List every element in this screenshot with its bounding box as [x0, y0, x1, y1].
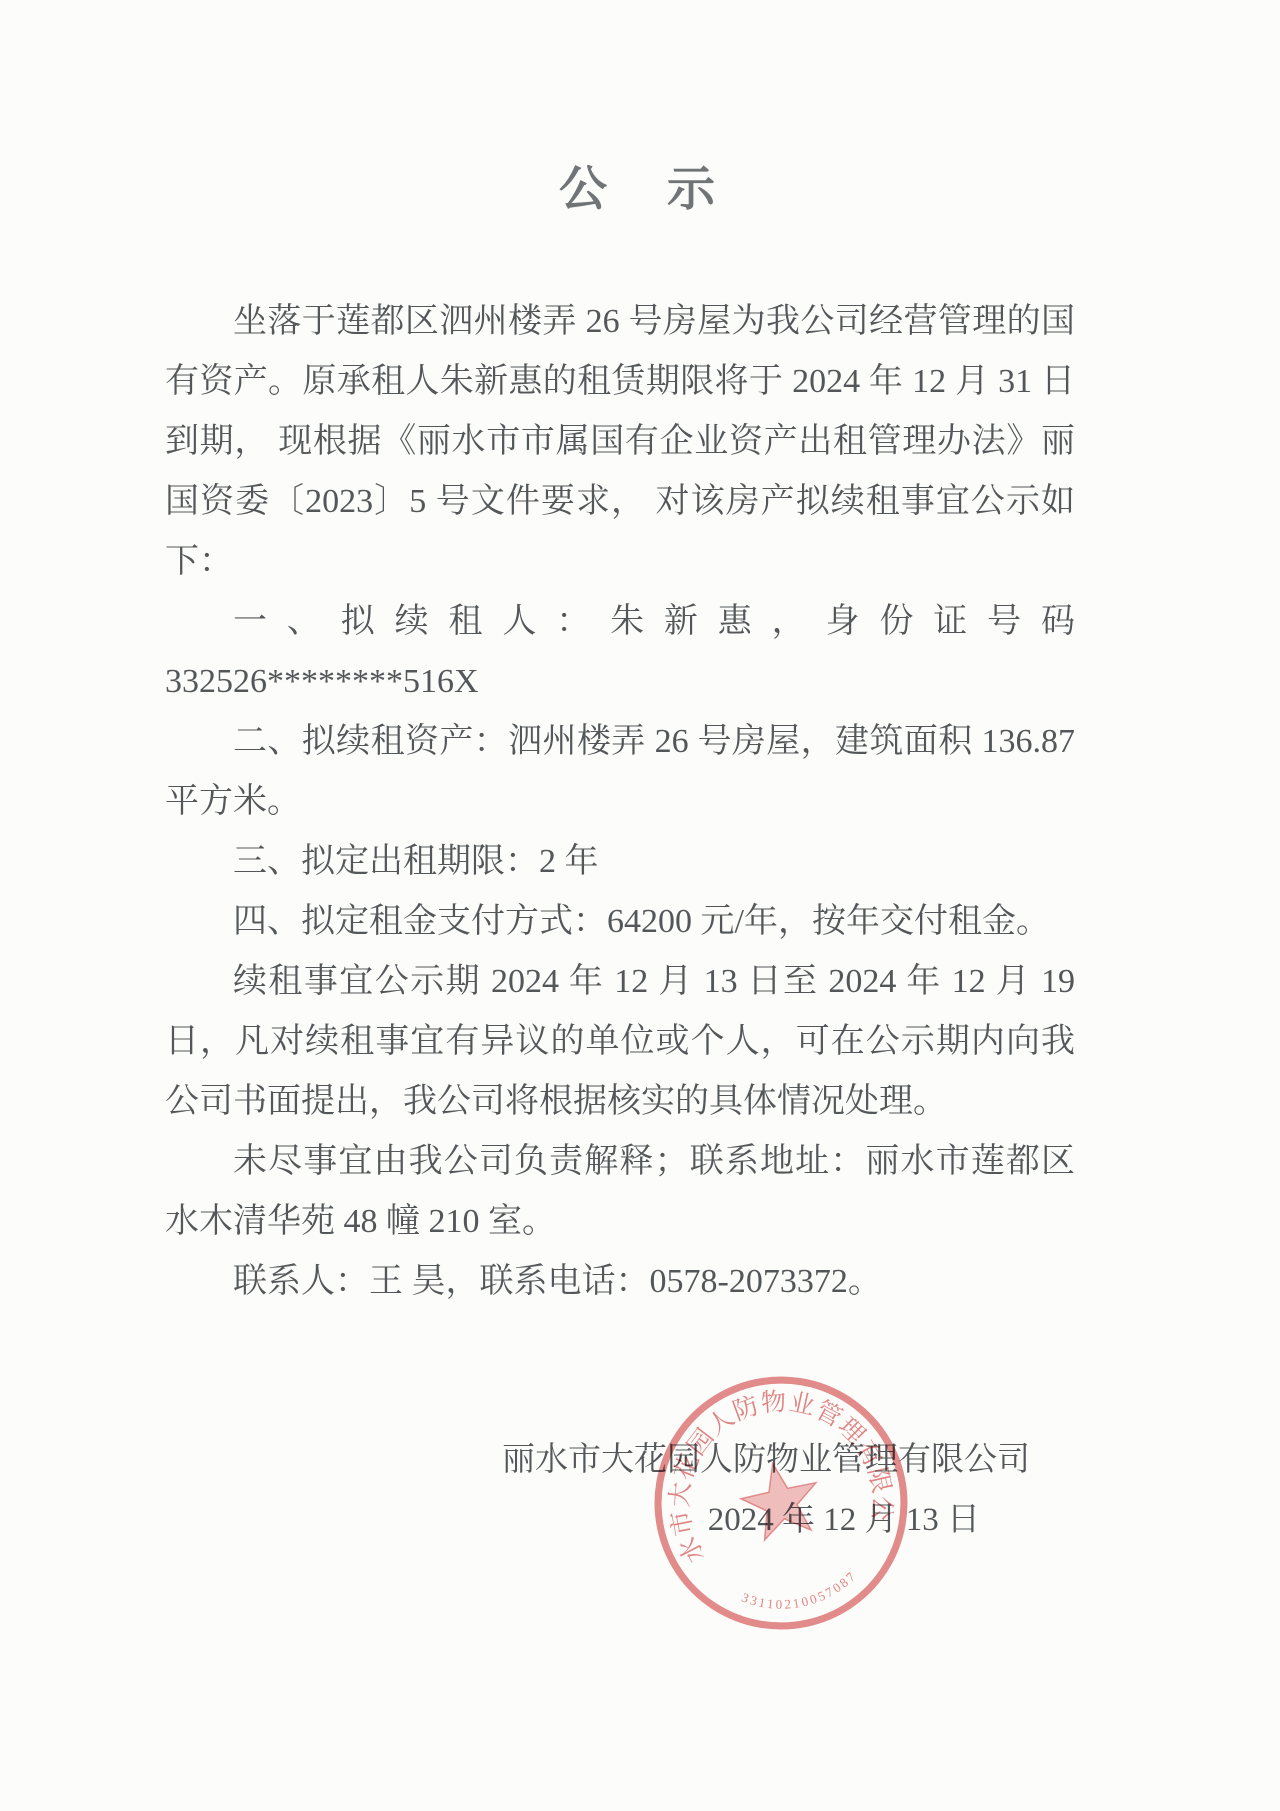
paragraph: 未尽事宜由我公司负责解释；联系地址：丽水市莲都区水木清华苑 48 幢 210 室…	[165, 1132, 1075, 1252]
signature-company: 丽水市大花园人防物业管理有限公司	[165, 1430, 1075, 1490]
paragraph: 四、拟定租金支付方式：64200 元/年，按年交付租金。	[165, 892, 1075, 952]
paragraph: 坐落于莲都区泗州楼弄 26 号房屋为我公司经营管理的国有资产。原承租人朱新惠的租…	[165, 292, 1075, 592]
paragraph: 联系人：王 昊，联系电话：0578-2073372。	[165, 1252, 1075, 1312]
signature-date: 2024 年 12 月 13 日	[165, 1490, 1075, 1550]
paragraph: 一、拟续租人：朱新惠，身份证号码 332526********516X	[165, 592, 1075, 712]
paragraph: 三、拟定出租期限：2 年	[165, 832, 1075, 892]
seal-code-text: 33110210057087	[737, 1566, 864, 1622]
paragraph: 续租事宜公示期 2024 年 12 月 13 日至 2024 年 12 月 19…	[165, 952, 1075, 1132]
document-page: 公 示 坐落于莲都区泗州楼弄 26 号房屋为我公司经营管理的国有资产。原承租人朱…	[0, 0, 1280, 1811]
document-body: 坐落于莲都区泗州楼弄 26 号房屋为我公司经营管理的国有资产。原承租人朱新惠的租…	[165, 292, 1075, 1312]
svg-text:33110210057087: 33110210057087	[737, 1566, 864, 1622]
signature-block: 丽水市大花园人防物业管理有限公司 2024 年 12 月 13 日	[165, 1430, 1075, 1550]
page-title: 公 示	[185, 166, 1095, 214]
paragraph: 二、拟续租资产：泗州楼弄 26 号房屋，建筑面积 136.87 平方米。	[165, 712, 1075, 832]
